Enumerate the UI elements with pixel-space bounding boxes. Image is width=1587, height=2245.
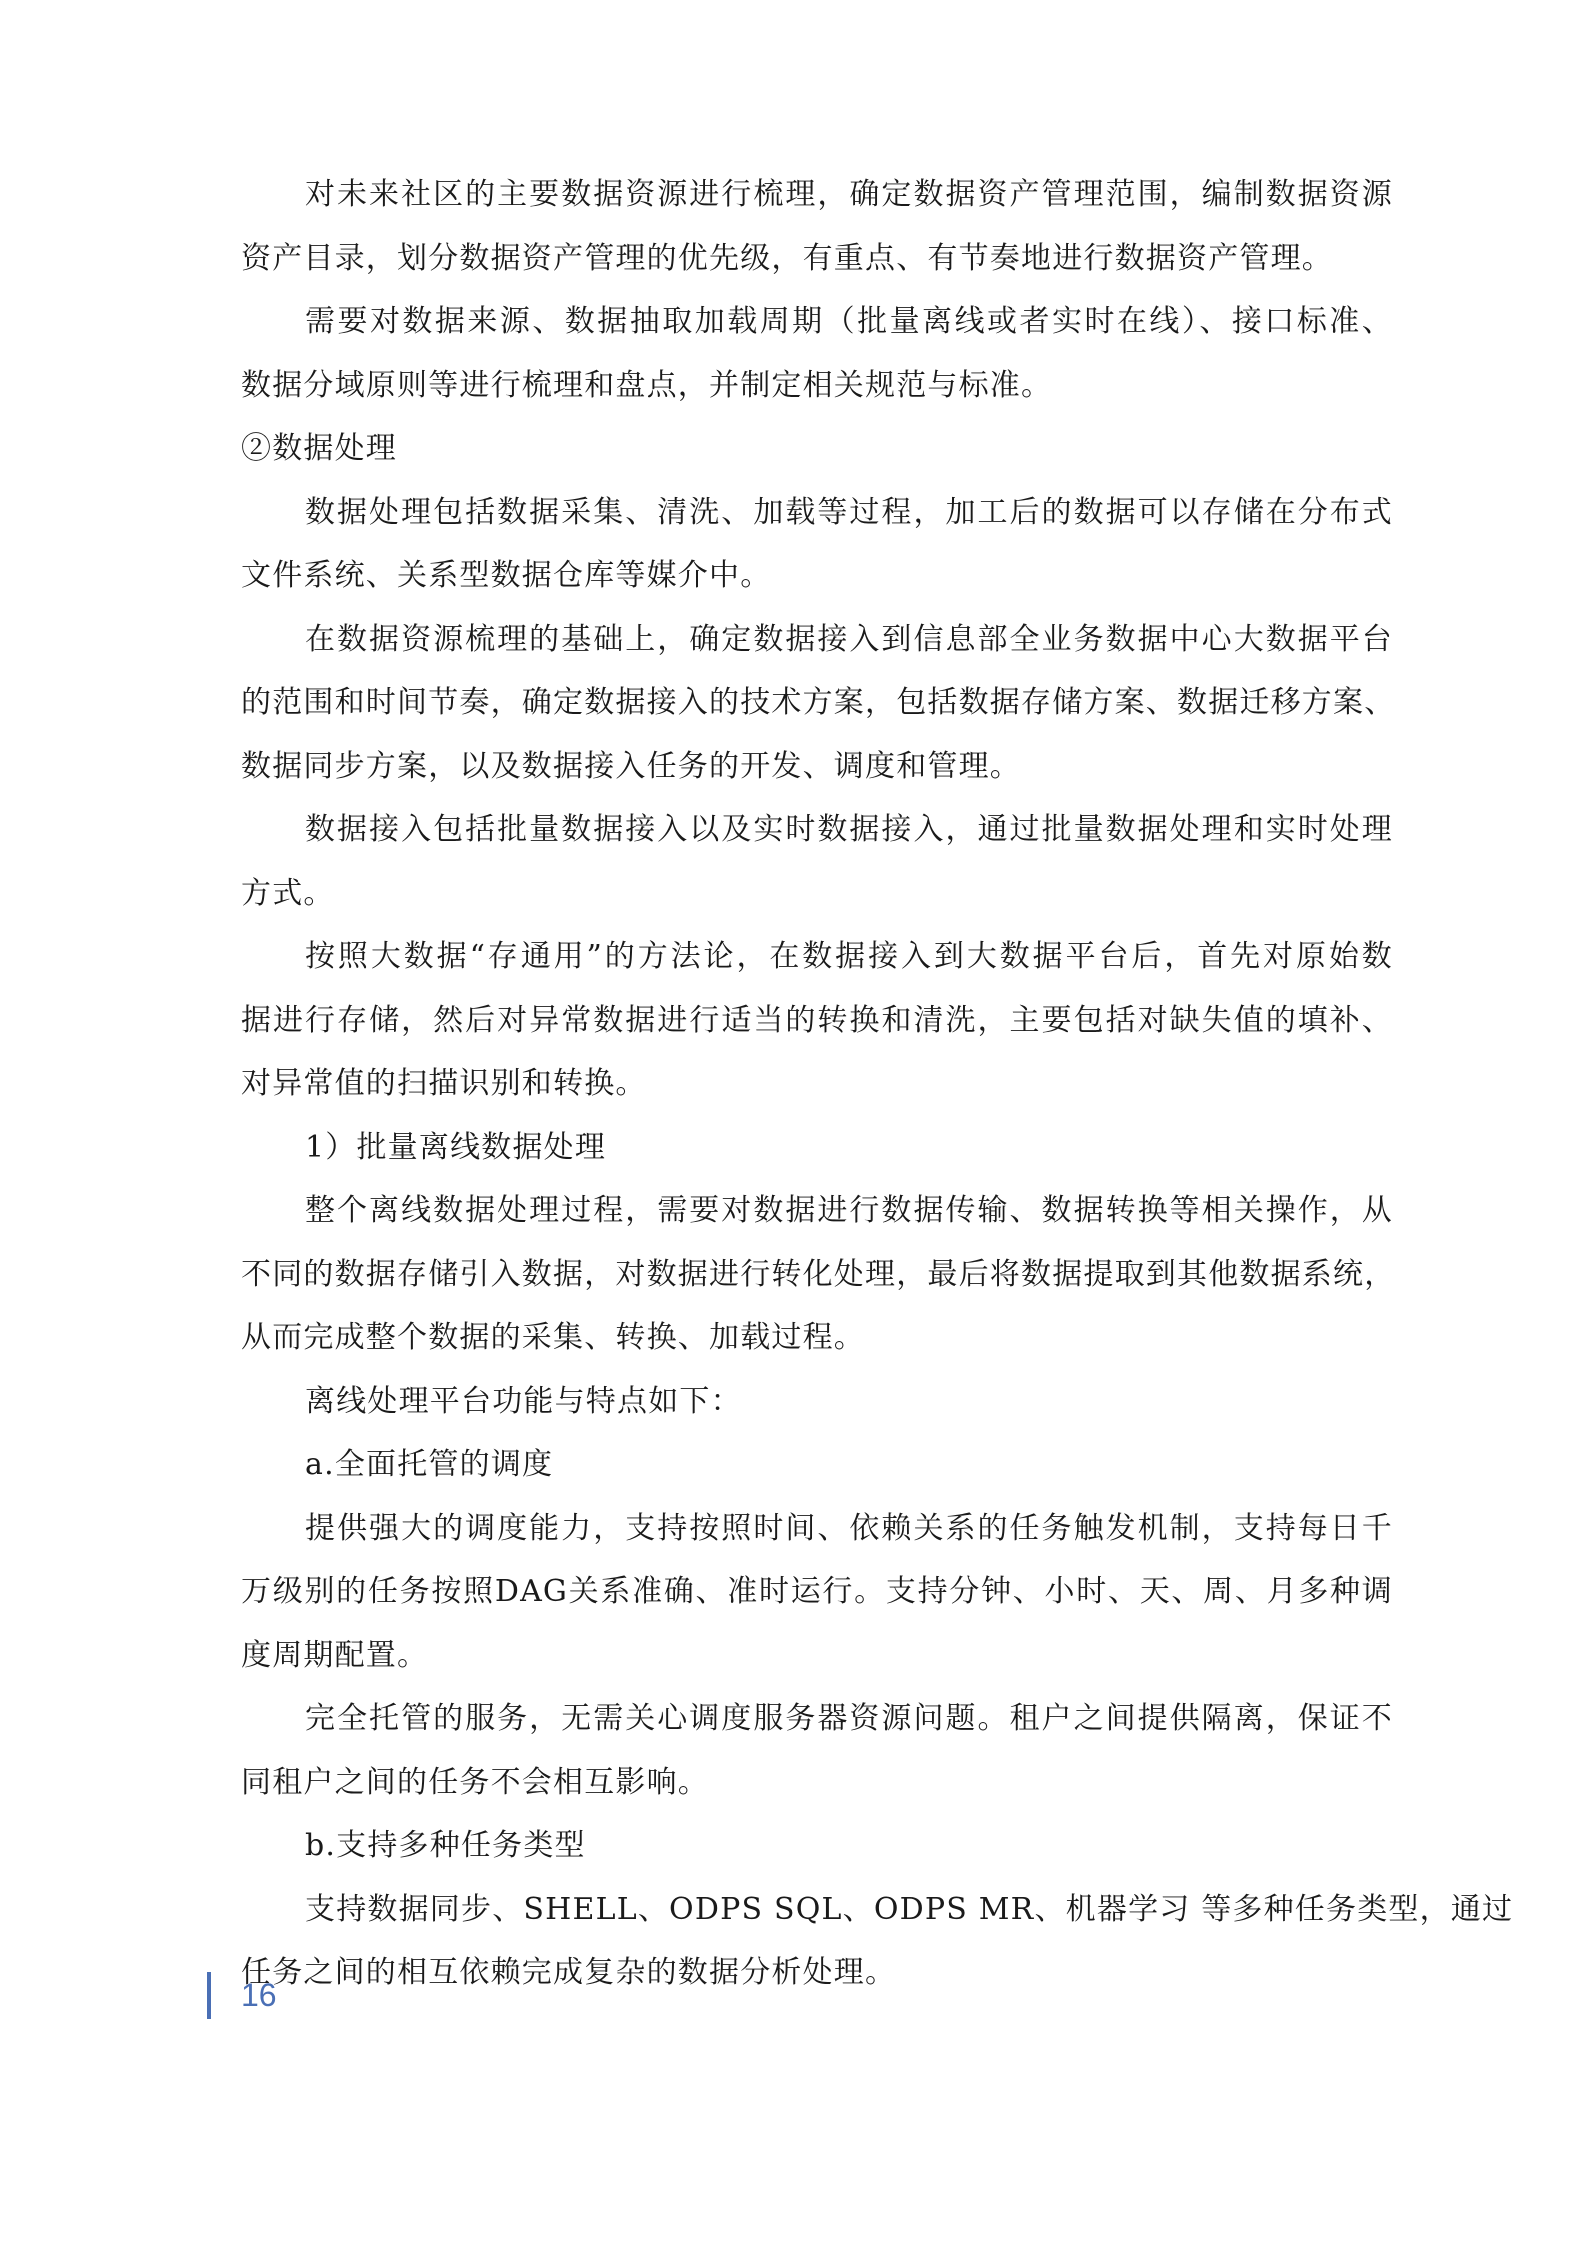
paragraph: 按照大数据“存通用”的方法论，在数据接入到大数据平台后，首先对原始数 据进行存储…: [241, 925, 1393, 1116]
text-line: 在数据资源梳理的基础上，确定数据接入到信息部全业务数据中心大数据平台: [241, 608, 1393, 672]
paragraph: 完全托管的服务，无需关心调度服务器资源问题。租户之间提供隔离，保证不 同租户之间…: [241, 1687, 1393, 1814]
text-line: 离线处理平台功能与特点如下：: [241, 1370, 1393, 1434]
page-number-marker: [207, 1972, 211, 2019]
paragraph: 对未来社区的主要数据资源进行梳理，确定数据资产管理范围，编制数据资源 资产目录，…: [241, 163, 1393, 290]
text-line: 对异常值的扫描识别和转换。: [241, 1052, 1393, 1116]
paragraph: 提供强大的调度能力，支持按照时间、依赖关系的任务触发机制，支持每日千 万级别的任…: [241, 1497, 1393, 1688]
text-line: 的范围和时间节奏，确定数据接入的技术方案，包括数据存储方案、数据迁移方案、: [241, 671, 1393, 735]
text-line: 任务之间的相互依赖完成复杂的数据分析处理。: [241, 1941, 1393, 2005]
text-line: 文件系统、关系型数据仓库等媒介中。: [241, 544, 1393, 608]
paragraph: 需要对数据来源、数据抽取加载周期（批量离线或者实时在线）、接口标准、 数据分域原…: [241, 290, 1393, 417]
document-page: 对未来社区的主要数据资源进行梳理，确定数据资产管理范围，编制数据资源 资产目录，…: [0, 0, 1587, 2245]
feature-heading: a.全面托管的调度: [241, 1433, 1393, 1497]
text-line: 度周期配置。: [241, 1624, 1393, 1688]
text-line: 数据处理包括数据采集、清洗、加载等过程，加工后的数据可以存储在分布式: [241, 481, 1393, 545]
text-line: 万级别的任务按照DAG关系准确、准时运行。支持分钟、小时、天、周、月多种调: [241, 1560, 1393, 1624]
paragraph: 在数据资源梳理的基础上，确定数据接入到信息部全业务数据中心大数据平台 的范围和时…: [241, 608, 1393, 799]
text-line: 不同的数据存储引入数据，对数据进行转化处理，最后将数据提取到其他数据系统，: [241, 1243, 1393, 1307]
paragraph: 支持数据同步、SHELL、ODPS SQL、ODPS MR、机器学习 等多种任务…: [241, 1878, 1393, 2005]
text-line: 从而完成整个数据的采集、转换、加载过程。: [241, 1306, 1393, 1370]
text-line: 方式。: [241, 862, 1393, 926]
paragraph: 整个离线数据处理过程，需要对数据进行数据传输、数据转换等相关操作，从 不同的数据…: [241, 1179, 1393, 1370]
paragraph: 离线处理平台功能与特点如下：: [241, 1370, 1393, 1434]
text-line: 按照大数据“存通用”的方法论，在数据接入到大数据平台后，首先对原始数: [241, 925, 1393, 989]
text-line: 对未来社区的主要数据资源进行梳理，确定数据资产管理范围，编制数据资源: [241, 163, 1393, 227]
text-line: 提供强大的调度能力，支持按照时间、依赖关系的任务触发机制，支持每日千: [241, 1497, 1393, 1561]
document-body: 对未来社区的主要数据资源进行梳理，确定数据资产管理范围，编制数据资源 资产目录，…: [241, 163, 1393, 2005]
text-line: 支持数据同步、SHELL、ODPS SQL、ODPS MR、机器学习 等多种任务…: [241, 1878, 1393, 1942]
feature-heading: b.支持多种任务类型: [241, 1814, 1393, 1878]
text-line: 整个离线数据处理过程，需要对数据进行数据传输、数据转换等相关操作，从: [241, 1179, 1393, 1243]
text-line: 完全托管的服务，无需关心调度服务器资源问题。租户之间提供隔离，保证不: [241, 1687, 1393, 1751]
text-line: 需要对数据来源、数据抽取加载周期（批量离线或者实时在线）、接口标准、: [241, 290, 1393, 354]
text-line: 据进行存储，然后对异常数据进行适当的转换和清洗，主要包括对缺失值的填补、: [241, 989, 1393, 1053]
page-number: 16: [207, 1972, 277, 2019]
paragraph: 数据处理包括数据采集、清洗、加载等过程，加工后的数据可以存储在分布式 文件系统、…: [241, 481, 1393, 608]
text-line: 资产目录，划分数据资产管理的优先级，有重点、有节奏地进行数据资产管理。: [241, 227, 1393, 291]
subsection-heading: 1）批量离线数据处理: [241, 1116, 1393, 1180]
section-heading: ②数据处理: [241, 417, 1393, 481]
page-number-text: 16: [241, 1972, 277, 2019]
paragraph: 数据接入包括批量数据接入以及实时数据接入，通过批量数据处理和实时处理 方式。: [241, 798, 1393, 925]
text-line: 数据接入包括批量数据接入以及实时数据接入，通过批量数据处理和实时处理: [241, 798, 1393, 862]
text-line: 同租户之间的任务不会相互影响。: [241, 1751, 1393, 1815]
text-line: 数据同步方案，以及数据接入任务的开发、调度和管理。: [241, 735, 1393, 799]
text-line: 数据分域原则等进行梳理和盘点，并制定相关规范与标准。: [241, 354, 1393, 418]
